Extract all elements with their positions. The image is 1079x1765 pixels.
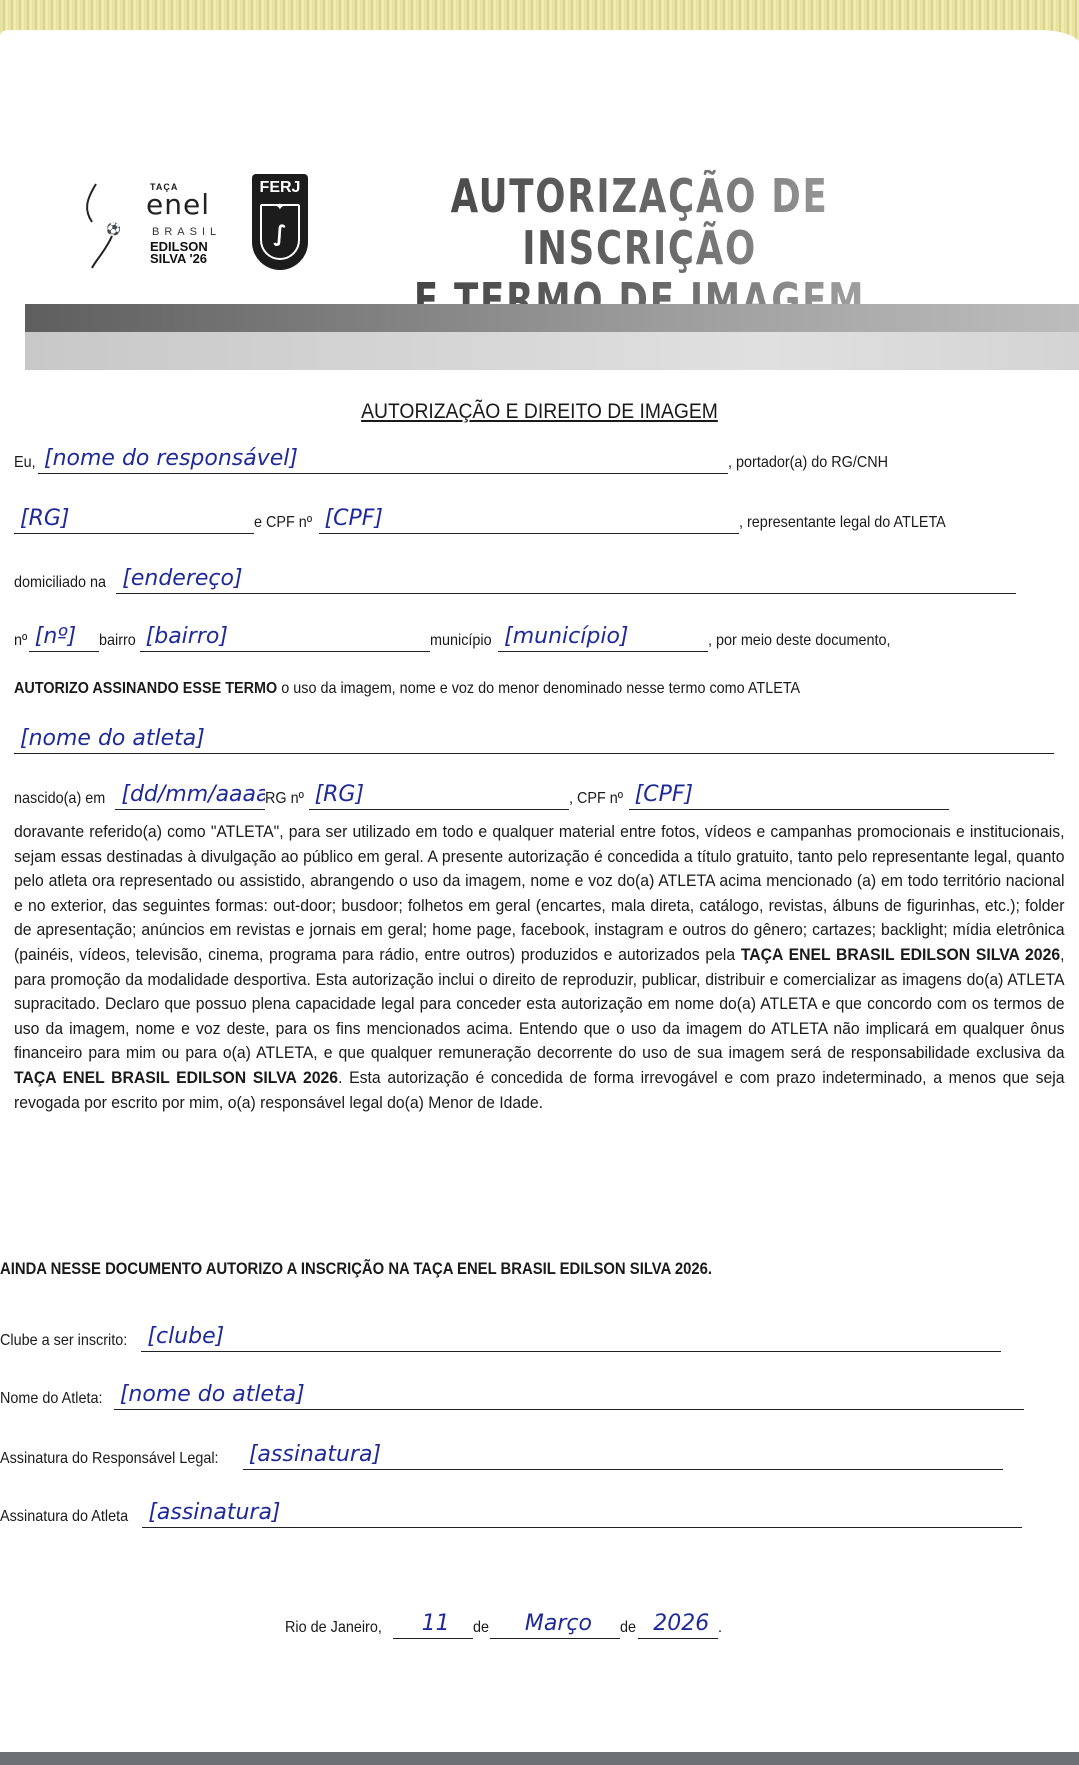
banner-light-band [25,332,1079,370]
date-line: Rio de Janeiro, 11 de Março de 2026 . [285,1605,723,1639]
athlete-name-row: [nome do atleta] [14,720,1064,754]
label-club: Clube a ser inscrito: [0,1332,127,1352]
label-portador: , portador(a) do RG/CNH [728,454,888,474]
label-bairro: bairro [99,632,136,652]
authorize-bold: AUTORIZO ASSINANDO ESSE TERMO [14,680,277,697]
logo-enel-wordmark: enel [146,188,210,221]
athlete-rg-field[interactable]: [RG] [309,780,569,810]
body-paragraph-1: doravante referido(a) como "ATLETA", par… [14,823,1065,964]
body-bold-2: TAÇA ENEL BRASIL EDILSON SILVA 2026 [14,1069,338,1087]
soccer-ball-icon: ⚽ [106,222,121,236]
label-cpf: e CPF nº [254,514,312,534]
club-field[interactable]: [clube] [141,1322,1001,1352]
label-eu: Eu, [14,454,36,474]
label-representante: , representante legal do ATLETA [739,514,946,534]
authorization-body-text: doravante referido(a) como "ATLETA", par… [14,820,1065,1115]
label-athlete-signature: Assinatura do Atleta [0,1508,128,1528]
neighborhood-field[interactable]: [bairro] [140,622,430,652]
label-rg-atleta: RG nº [265,790,304,810]
page-title: AUTORIZAÇÃO DE INSCRIÇÃO E TERMO DE IMAG… [330,170,949,326]
city-field[interactable]: [município] [498,622,708,652]
athlete-name-field[interactable]: [nome do atleta] [14,724,1054,754]
label-municipio: município [430,632,492,652]
label-numero: nº [14,632,27,652]
logo-brasil-text: BRASIL [152,226,221,238]
label-por-meio: , por meio deste documento, [708,632,891,652]
guardian-signature-row: Assinatura do Responsável Legal: [assina… [0,1436,1050,1470]
authorize-rest: o uso da imagem, nome e voz do menor den… [277,680,800,697]
label-domiciliado: domiciliado na [14,574,106,594]
guardian-ids-row: [RG] e CPF nº [CPF] , representante lega… [14,500,1064,534]
club-row: Clube a ser inscrito: [clube] [0,1318,1050,1352]
title-line-1: AUTORIZAÇÃO DE INSCRIÇÃO [330,170,949,274]
label-cpf-atleta: , CPF nº [569,790,623,810]
banner-dark-band [25,304,1079,332]
logo-edilson-text: EDILSON SILVA '26 [150,241,208,265]
date-year-field[interactable]: 2026 [638,1609,718,1639]
guardian-signature-field[interactable]: [assinatura] [243,1440,1003,1470]
label-athlete-name: Nome do Atleta: [0,1390,102,1410]
guardian-cpf-field[interactable]: [CPF] [319,504,739,534]
registration-athlete-field[interactable]: [nome do atleta] [114,1380,1024,1410]
athlete-ids-row: nascido(a) em [dd/mm/aaaa] RG nº [RG] , … [14,776,1064,810]
athlete-cpf-field[interactable]: [CPF] [629,780,949,810]
street-field[interactable]: [endereço] [116,564,1016,594]
document-header: ⚽ TAÇA enel BRASIL EDILSON SILVA '26 FER… [80,170,1040,280]
date-month-field[interactable]: Março [490,1609,620,1639]
registration-athlete-row: Nome do Atleta: [nome do atleta] [0,1376,1050,1410]
background-surface [0,1752,1079,1765]
label-city: Rio de Janeiro, [285,1619,382,1639]
body-bold-1: TAÇA ENEL BRASIL EDILSON SILVA 2026 [741,946,1060,964]
athlete-signature-field[interactable]: [assinatura] [142,1498,1022,1528]
logo-silva-line: SILVA '26 [150,253,208,265]
athlete-signature-row: Assinatura do Atleta [assinatura] [0,1494,1050,1528]
label-de-1: de [473,1619,489,1639]
number-field[interactable]: [nº] [29,622,99,652]
birth-date-field[interactable]: [dd/mm/aaaa] [115,780,265,810]
guardian-name-field[interactable]: [nome do responsável] [38,444,728,474]
ferj-text: FERJ [252,179,308,197]
label-de-2: de [620,1619,636,1639]
section-title: AUTORIZAÇÃO E DIREITO DE IMAGEM [43,400,1036,424]
locality-row: nº [nº] bairro [bairro] município [munic… [14,618,1064,652]
authorize-row: AUTORIZO ASSINANDO ESSE TERMO o uso da i… [14,666,1064,700]
star-icon: ✦ [252,202,308,213]
label-guardian-signature: Assinatura do Responsável Legal: [0,1450,219,1470]
crest-icon: ∫ [252,222,308,247]
taca-enel-logo: ⚽ TAÇA enel BRASIL EDILSON SILVA '26 [80,170,230,270]
authorize-statement: AUTORIZO ASSINANDO ESSE TERMO o uso da i… [14,680,800,700]
label-nascido: nascido(a) em [14,790,105,810]
header-banner [25,304,1079,370]
date-day-field[interactable]: 11 [393,1609,473,1639]
address-row: domiciliado na [endereço] [14,560,1064,594]
guardian-name-row: Eu, [nome do responsável] , portador(a) … [14,440,1064,474]
label-period: . [718,1619,722,1639]
registration-title: AINDA NESSE DOCUMENTO AUTORIZO A INSCRIÇ… [0,1260,990,1279]
ferj-logo: FERJ ✦ ∫ [252,174,308,270]
guardian-rg-field[interactable]: [RG] [14,504,254,534]
